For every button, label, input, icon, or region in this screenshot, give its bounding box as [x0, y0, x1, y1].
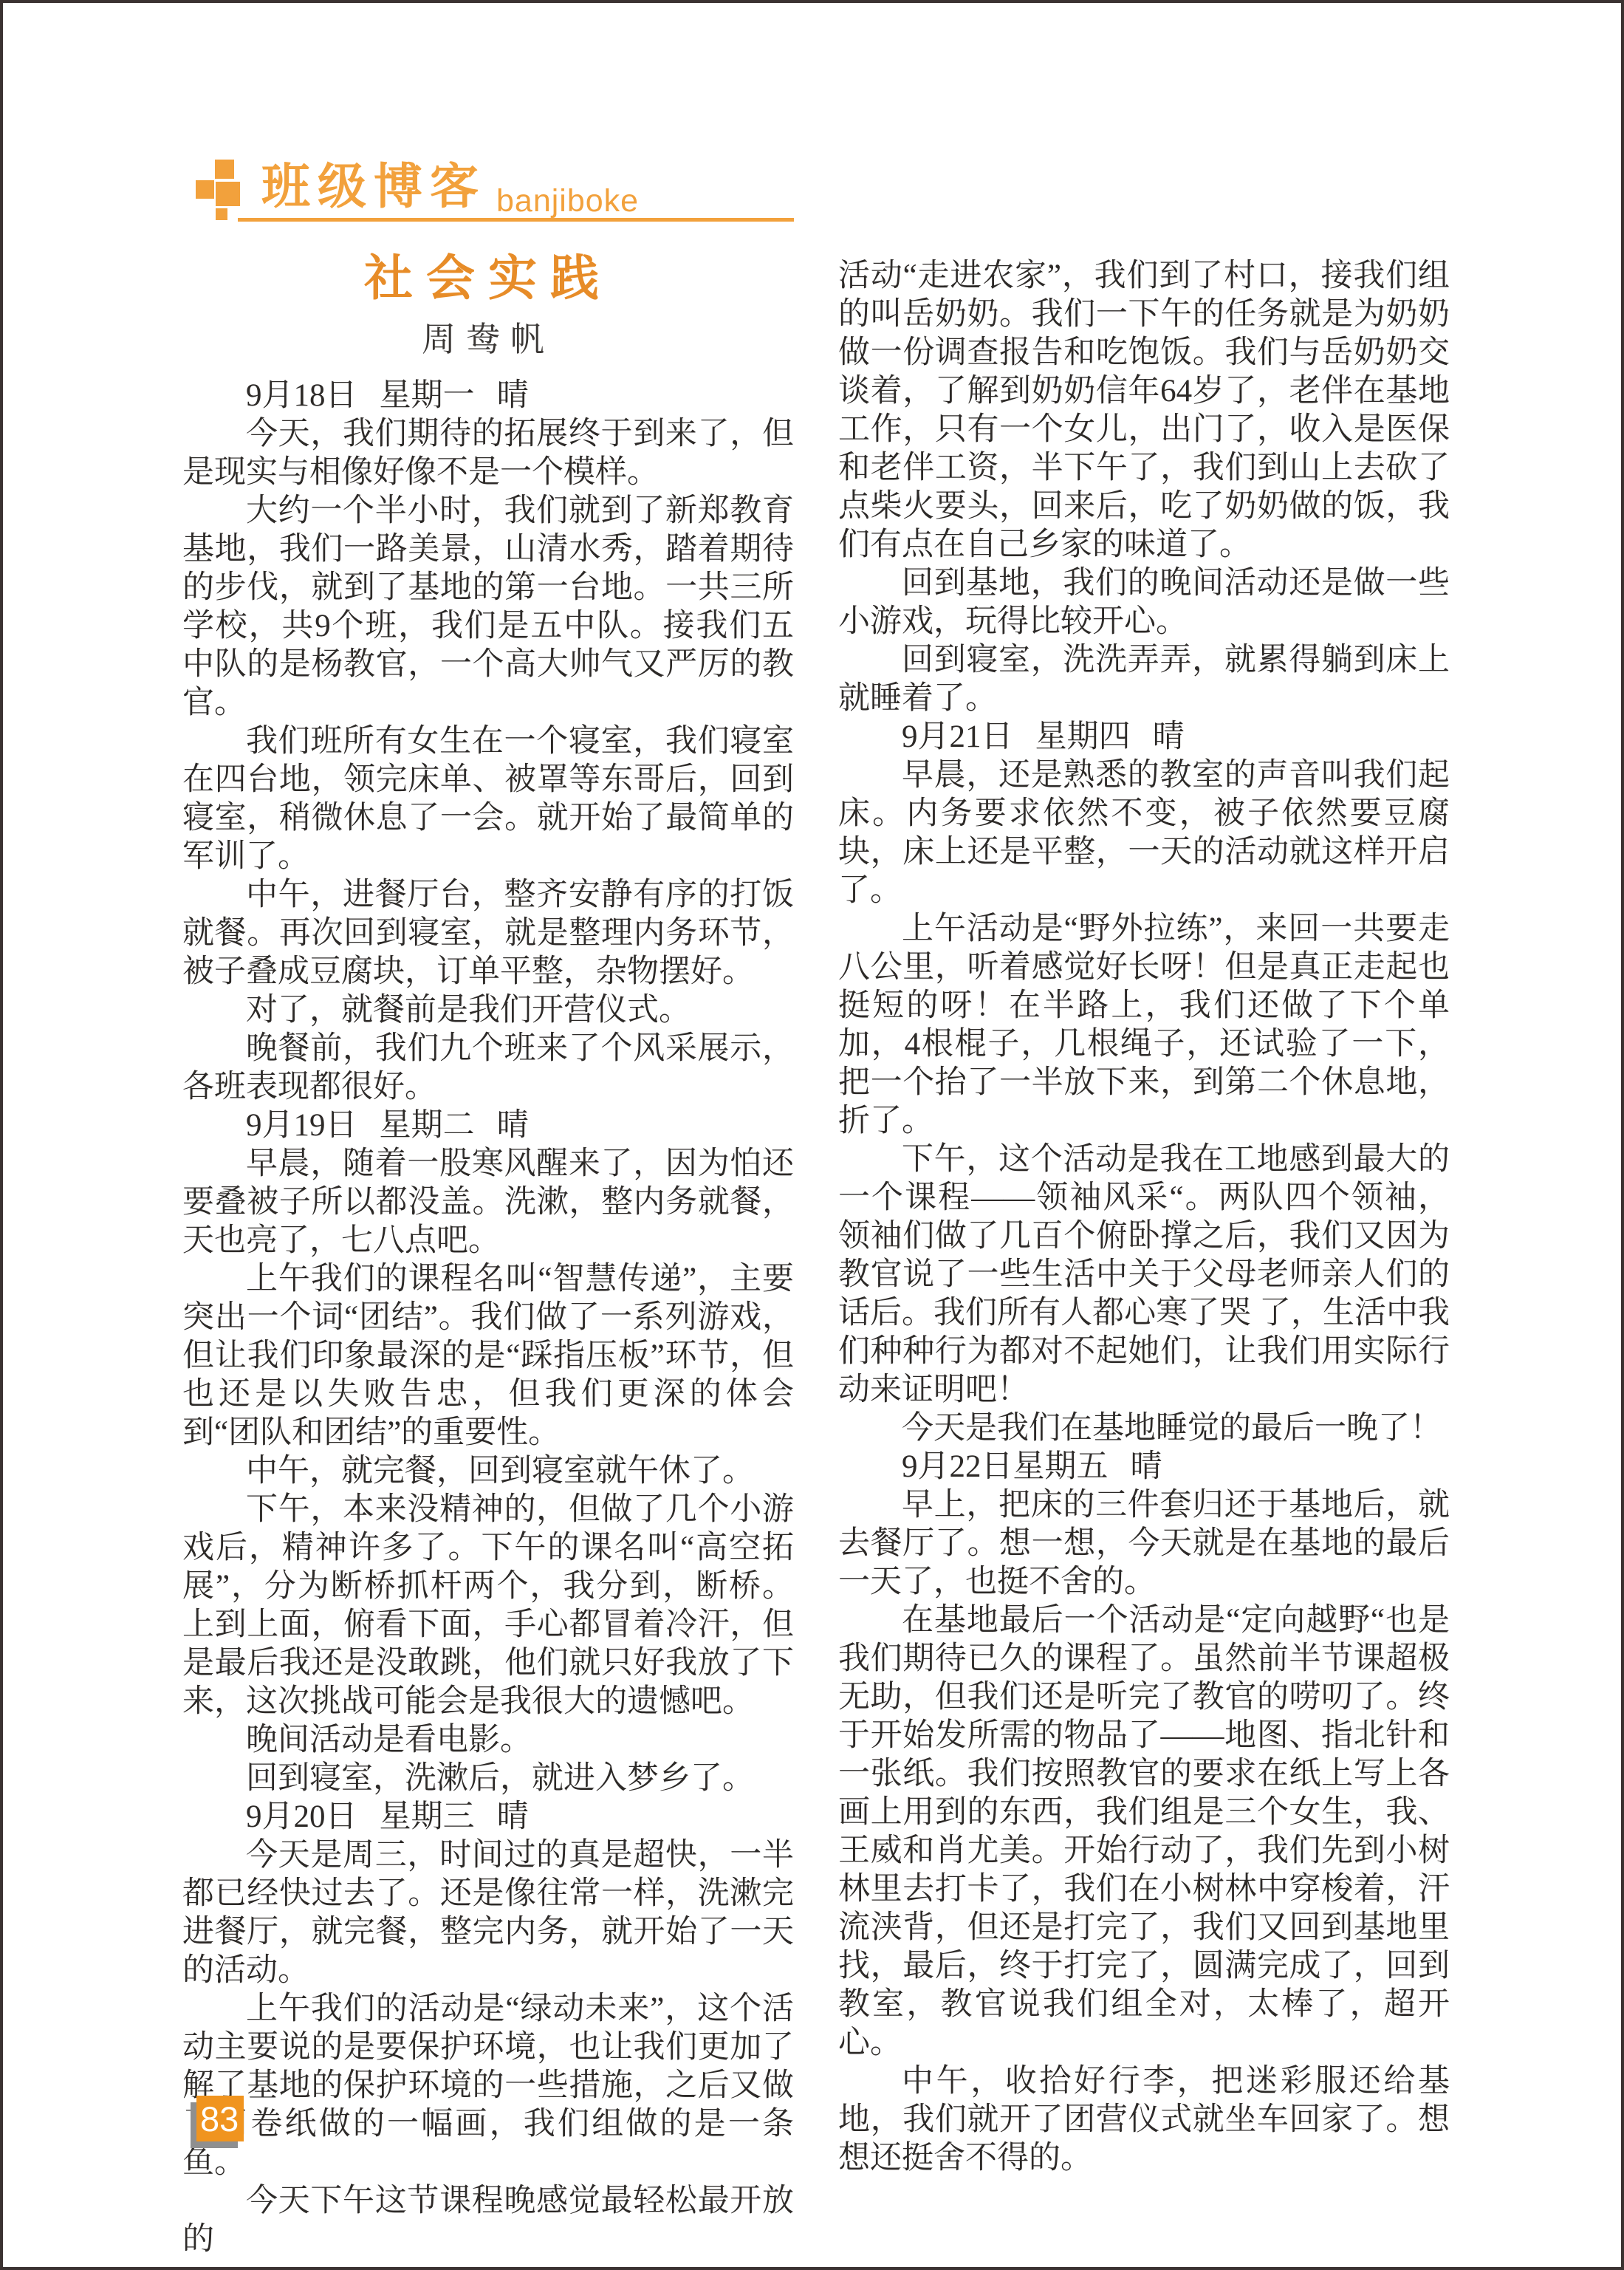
diary-paragraph: 中午，进餐厅台，整齐安静有序的打饭就餐。再次回到寝室，就是整理内务环节，被子叠成…: [182, 876, 794, 991]
diary-paragraph: 早上，把床的三件套归还于基地后，就去餐厅了。想一想，今天就是在基地的最后一天了，…: [838, 1486, 1450, 1601]
diary-paragraph: 中午，收拾好行李，把迷彩服还给基地，我们就开了团营仪式就坐车回家了。想想还挺舍不…: [838, 2062, 1450, 2178]
diary-paragraph: 今天下午这节课程晚感觉最轻松最开放的: [182, 2182, 794, 2259]
diary-paragraph: 晚间活动是看电影。: [182, 1721, 794, 1760]
diary-date-line: 9月18日 星期一 晴: [182, 377, 794, 415]
diary-paragraph: 早晨，还是熟悉的教室的声音叫我们起床。内务要求依然不变，被子依然要豆腐块，床上还…: [838, 756, 1450, 910]
diary-paragraph: 下午，本来没精神的，但做了几个小游戏后，精神许多了。下午的课名叫“高空拓展”，分…: [182, 1491, 794, 1721]
diary-paragraph: 回到寝室，洗洗弄弄，就累得躺到床上就睡着了。: [838, 641, 1450, 718]
page-number-badge: 83: [196, 2096, 244, 2141]
diary-paragraph: 我们班所有女生在一个寝室，我们寝室在四台地，领完床单、被罩等东哥后，回到寝室，稍…: [182, 722, 794, 876]
diary-paragraph: 回到基地，我们的晚间活动还是做一些小游戏，玩得比较开心。: [838, 564, 1450, 641]
diary-paragraph: 在基地最后一个活动是“定向越野“也是我们期待已久的课程了。虽然前半节课超极无助，…: [838, 1601, 1450, 2062]
article-author: 周鸯帆: [182, 321, 794, 359]
masthead-rule: [238, 218, 794, 222]
masthead-title: 班级博客: [261, 157, 486, 216]
logo-square-right: [216, 182, 240, 206]
diary-paragraph: 下午，这个活动是我在工地感到最大的一个课程——领袖风采“。两队四个领袖，领袖们做…: [838, 1141, 1450, 1409]
diary-paragraph: 回到寝室，洗漱后，就进入梦乡了。: [182, 1760, 794, 1798]
text-column-left: 9月18日 星期一 晴今天，我们期待的拓展终于到来了，但是现实与相像好像不是一个…: [182, 377, 794, 2259]
diary-paragraph: 上午我们的活动是“绿动未来”，这个活动主要说的是要保护环境，也让我们更加了解了基…: [182, 1990, 794, 2182]
magazine-page: 班级博客 banjiboke 社会实践 周鸯帆 9月18日 星期一 晴今天，我们…: [0, 0, 1624, 2270]
diary-date-line: 9月21日 星期四 晴: [838, 718, 1450, 756]
diary-paragraph: 晚餐前，我们九个班来了个风采展示，各班表现都很好。: [182, 1030, 794, 1107]
text-column-right: 活动“走进农家”，我们到了村口，接我们组的叫岳奶奶。我们一下午的任务就是为奶奶做…: [838, 257, 1450, 2178]
article-title: 社会实践: [182, 253, 794, 306]
diary-paragraph: 上午我们的课程名叫“智慧传递”，主要突出一个词“团结”。我们做了一系列游戏，但让…: [182, 1260, 794, 1452]
diary-paragraph: 活动“走进农家”，我们到了村口，接我们组的叫岳奶奶。我们一下午的任务就是为奶奶做…: [838, 257, 1450, 564]
diary-paragraph: 今天是我们在基地睡觉的最后一晚了！: [838, 1409, 1450, 1448]
diary-paragraph: 今天，我们期待的拓展终于到来了，但是现实与相像好像不是一个模样。: [182, 415, 794, 492]
diary-paragraph: 上午活动是“野外拉练”，来回一共要走八公里，听着感觉好长呀！但是真正走起也挺短的…: [838, 910, 1450, 1141]
diary-paragraph: 今天是周三，时间过的真是超快，一半都已经快过去了。还是像往常一样，洗漱完进餐厅，…: [182, 1836, 794, 1990]
masthead-pinyin: banjiboke: [496, 182, 639, 219]
logo-square-top: [215, 160, 234, 179]
diary-paragraph: 中午，就完餐，回到寝室就午休了。: [182, 1452, 794, 1491]
logo-square-bottom: [216, 208, 227, 220]
diary-date-line: 9月19日 星期二 晴: [182, 1107, 794, 1145]
diary-date-line: 9月20日 星期三 晴: [182, 1798, 794, 1836]
logo-square-left: [196, 180, 214, 199]
diary-date-line: 9月22日星期五 晴: [838, 1448, 1450, 1486]
diary-paragraph: 对了，就餐前是我们开营仪式。: [182, 991, 794, 1030]
diary-paragraph: 早晨，随着一股寒风醒来了，因为怕还要叠被子所以都没盖。洗漱，整内务就餐，天也亮了…: [182, 1145, 794, 1260]
page-number: 83: [200, 2102, 239, 2136]
diary-paragraph: 大约一个半小时，我们就到了新郑教育基地，我们一路美景，山清水秀，踏着期待的步伐，…: [182, 492, 794, 722]
